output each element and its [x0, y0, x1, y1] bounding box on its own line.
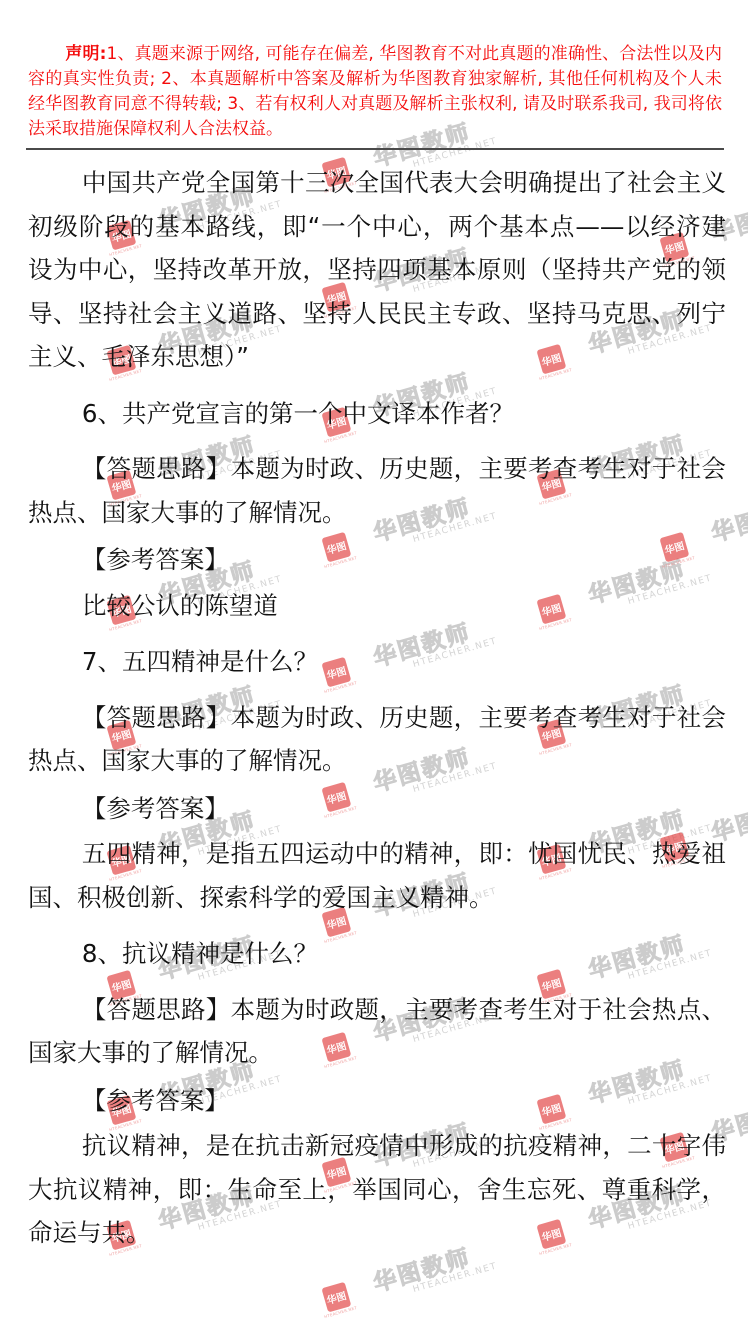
separator-line — [26, 148, 724, 150]
watermark-domain-text: HTEACHER.NET — [412, 1261, 499, 1295]
paragraph-approach: 【答题思路】本题为时政题，主要考查考生对于社会热点、国家大事的了解情况。 — [28, 988, 726, 1075]
paragraph-approach: 【答题思路】本题为时政、历史题，主要考查考生对于社会热点、国家大事的了解情况。 — [28, 696, 726, 783]
huatu-logo-caption: HTEACHER.NET — [324, 1306, 358, 1320]
paragraph-answer-label: 【参考答案】 — [28, 538, 726, 582]
paragraph-question: 6、共产党宣言的第一个中文译本作者？ — [28, 392, 726, 436]
disclaimer-label: 声明: — [65, 44, 106, 64]
document-content: 声明:1、真题来源于网络, 可能存在偏差, 华图教育不对此真题的准确性、合法性以… — [0, 42, 748, 1255]
paragraph-question: 7、五四精神是什么？ — [28, 640, 726, 684]
paragraph-answer: 比较公认的陈望道 — [28, 584, 726, 628]
paragraph-approach: 【答题思路】本题为时政、历史题，主要考查考生对于社会热点、国家大事的了解情况。 — [28, 447, 726, 534]
paragraph-answer: 抗议精神，是在抗击新冠疫情中形成的抗疫精神，二十字伟大抗议精神，即：生命至上，举… — [28, 1124, 726, 1255]
document-body: 中国共产党全国第十三次全国代表大会明确提出了社会主义初级阶段的基本路线，即“一个… — [28, 161, 726, 1255]
document-page: 华图HTEACHER.NET华图教师HTEACHER.NET华图HTEACHER… — [0, 0, 748, 1335]
paragraph-question: 8、抗议精神是什么？ — [28, 932, 726, 976]
paragraph-intro: 中国共产党全国第十三次全国代表大会明确提出了社会主义初级阶段的基本路线，即“一个… — [28, 161, 726, 379]
paragraph-answer-label: 【参考答案】 — [28, 1079, 726, 1123]
paragraph-answer-label: 【参考答案】 — [28, 787, 726, 831]
disclaimer: 声明:1、真题来源于网络, 可能存在偏差, 华图教育不对此真题的准确性、合法性以… — [28, 42, 722, 142]
huatu-logo-icon: 华图HTEACHER.NET — [298, 1268, 375, 1328]
disclaimer-text: 1、真题来源于网络, 可能存在偏差, 华图教育不对此真题的准确性、合法性以及内容… — [28, 44, 722, 139]
paragraph-answer: 五四精神，是指五四运动中的精神，即：忧国忧民、热爱祖国、积极创新、探索科学的爱国… — [28, 832, 726, 919]
huatu-logo-glyph: 华图 — [321, 1282, 351, 1313]
